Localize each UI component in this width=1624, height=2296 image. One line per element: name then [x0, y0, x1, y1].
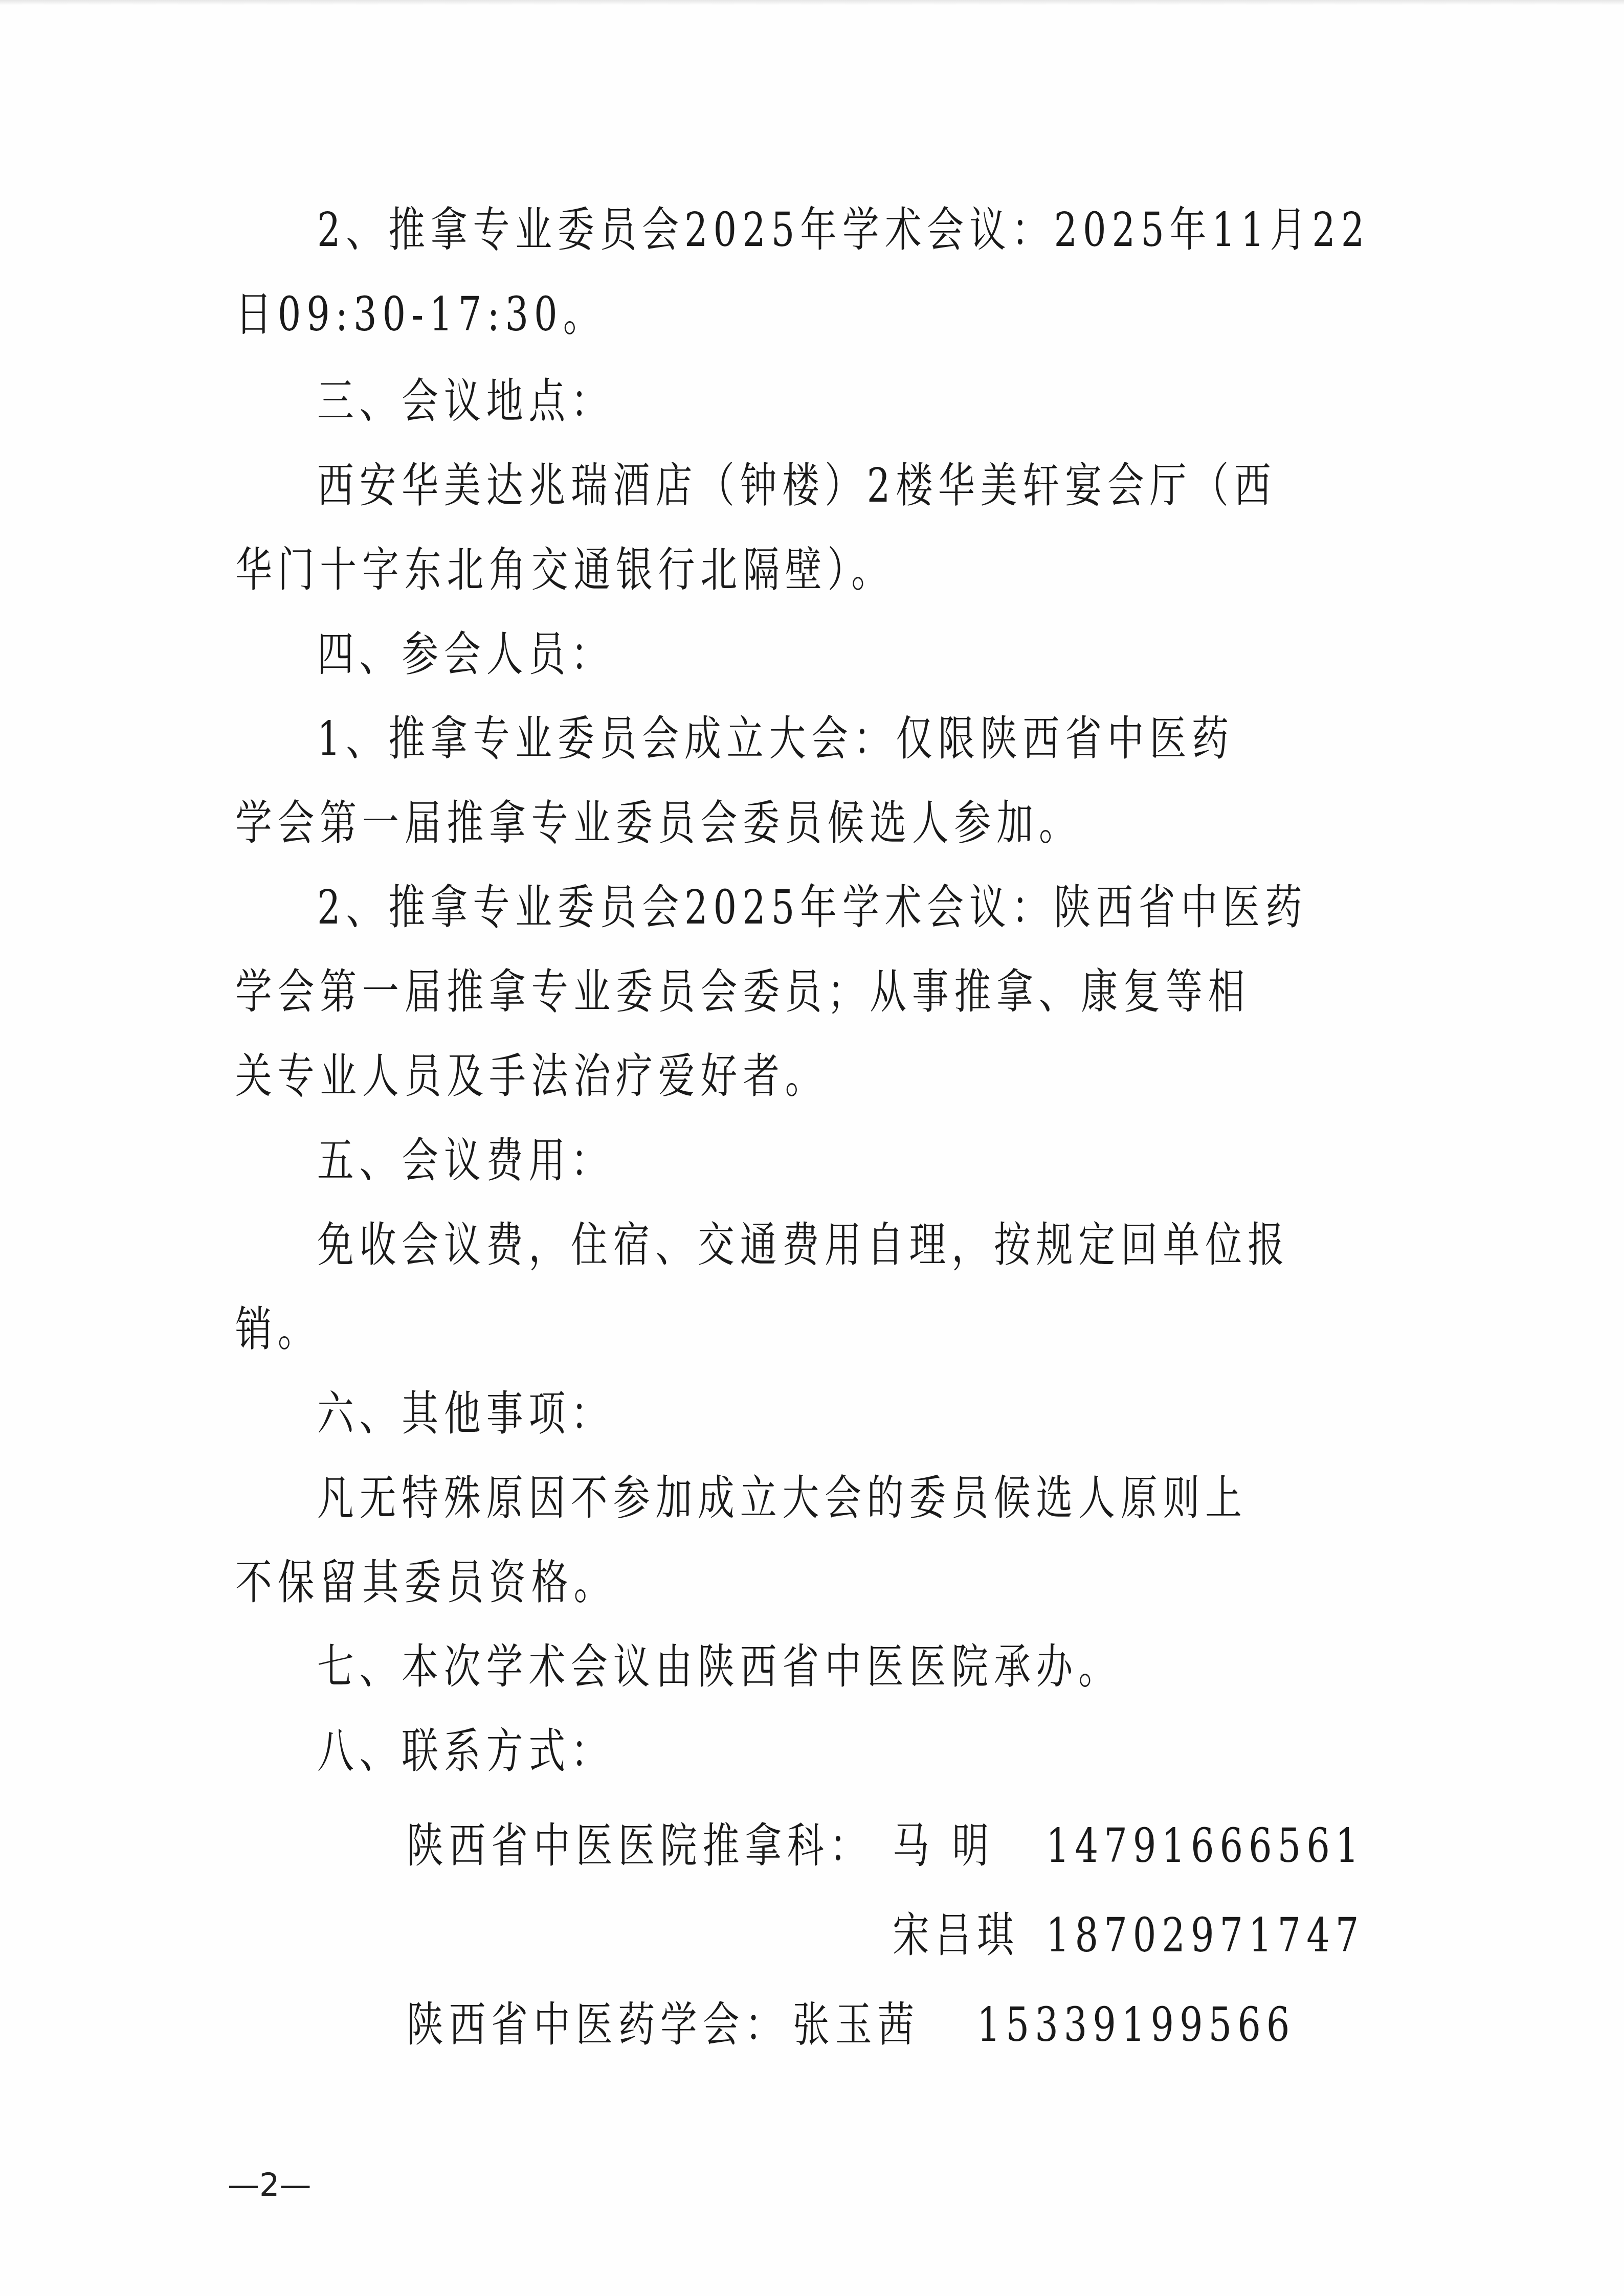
text-line-other: 凡无特殊原因不参加成立大会的委员候选人原则上: [317, 1470, 1248, 1526]
section-heading-other: 六、其他事项：: [317, 1386, 613, 1442]
text-line-venue-cont: 华门十字东北角交通银行北隔壁）。: [235, 542, 894, 598]
text-line-venue: 西安华美达兆瑞酒店（钟楼）2楼华美轩宴会厅（西: [317, 458, 1277, 514]
text-line-attendees-2-cont: 学会第一届推拿专业委员会委员；从事推拿、康复等相: [235, 964, 1250, 1020]
text-line-attendees-2-cont2: 关专业人员及手法治疗爱好者。: [235, 1048, 828, 1105]
page-number: —2—: [228, 2167, 311, 2203]
text-line-meeting-time-cont: 日09:30-17:30。: [235, 286, 605, 343]
section-heading-contact: 八、联系方式：: [317, 1723, 613, 1780]
section-heading-venue: 三、会议地点：: [317, 373, 613, 430]
contact-name-zhang-yuqian: 张玉茜: [793, 1997, 920, 2053]
scan-edge: [0, 0, 1624, 5]
text-line-attendees-1: 1、推拿专业委员会成立大会：仅限陕西省中医药: [317, 711, 1234, 767]
text-line-fees: 免收会议费，住宿、交通费用自理，按规定回单位报: [317, 1217, 1290, 1273]
document-page: 2、推拿专业委员会2025年学术会议：2025年11月22 日09:30-17:…: [0, 0, 1624, 2296]
text-line-meeting-time: 2、推拿专业委员会2025年学术会议：2025年11月22: [317, 202, 1370, 258]
text-line-fees-cont: 销。: [235, 1301, 320, 1358]
contact-name-ma-ming: 马 明: [893, 1818, 994, 1874]
section-heading-attendees: 四、参会人员：: [317, 626, 613, 683]
text-line-attendees-1-cont: 学会第一届推拿专业委员会委员候选人参加。: [235, 795, 1081, 851]
contact-phone-song-lvqi: 18702971747: [1046, 1907, 1364, 1964]
contact-phone-ma-ming: 14791666561: [1046, 1818, 1364, 1874]
contact-name-song-lvqi: 宋吕琪: [893, 1907, 1019, 1964]
contact-phone-zhang-yuqian: 15339199566: [977, 1997, 1295, 2053]
text-line-other-cont: 不保留其委员资格。: [235, 1555, 616, 1611]
contact-org-association: 陕西省中医药学会：: [407, 1997, 787, 2053]
section-heading-fees: 五、会议费用：: [317, 1133, 613, 1189]
text-line-host: 七、本次学术会议由陕西省中医医院承办。: [317, 1639, 1121, 1695]
contact-org-hospital: 陕西省中医医院推拿科：: [407, 1818, 872, 1874]
text-line-attendees-2: 2、推拿专业委员会2025年学术会议：陕西省中医药: [317, 880, 1307, 936]
